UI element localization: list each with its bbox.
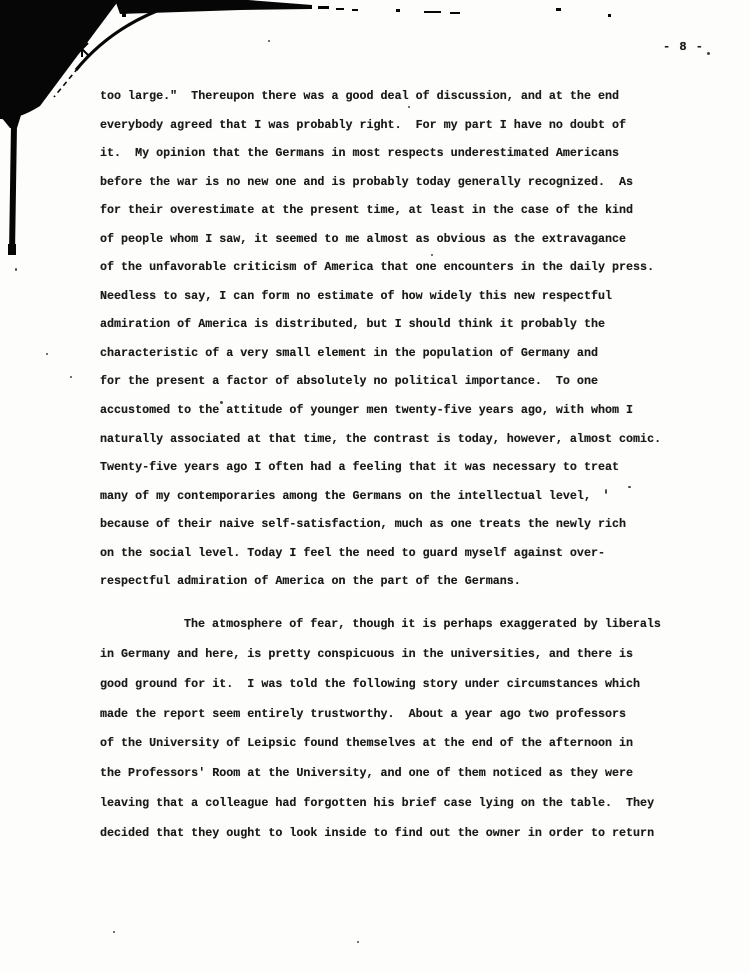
scan-speck	[408, 106, 410, 108]
scan-speck	[220, 401, 223, 404]
text-line: for their overestimate at the present ti…	[100, 196, 700, 225]
text-line: of the unfavorable criticism of America …	[100, 253, 700, 282]
text-line: of people whom I saw, it seemed to me al…	[100, 225, 700, 254]
text-line: everybody agreed that I was probably rig…	[100, 111, 700, 140]
text-line: before the war is no new one and is prob…	[100, 168, 700, 197]
scan-speck	[46, 353, 48, 355]
scan-speck	[357, 941, 359, 943]
text-line: it. My opinion that the Germans in most …	[100, 139, 700, 168]
scan-speck	[113, 931, 115, 933]
scan-speck	[707, 52, 710, 55]
text-line: admiration of America is distributed, bu…	[100, 310, 700, 339]
asterisk-blemish-icon	[76, 41, 88, 57]
text-line: characteristic of a very small element i…	[100, 339, 700, 368]
text-line: accustomed to the attitude of younger me…	[100, 396, 700, 425]
scan-speck	[268, 40, 270, 42]
text-line: respectful admiration of America on the …	[100, 567, 700, 596]
scanned-document-page: - 8 - too large." Thereupon there was a …	[0, 0, 750, 972]
text-line: naturally associated at that time, the c…	[100, 425, 700, 454]
text-line: too large." Thereupon there was a good d…	[100, 82, 700, 111]
text-line: the Professors' Room at the University, …	[100, 759, 700, 789]
text-line: in Germany and here, is pretty conspicuo…	[100, 640, 700, 670]
scan-speck	[628, 486, 631, 488]
paragraph-1: too large." Thereupon there was a good d…	[100, 82, 700, 596]
text-line: on the social level. Today I feel the ne…	[100, 539, 700, 568]
scan-speck	[15, 268, 17, 271]
text-line: decided that they ought to look inside t…	[100, 819, 700, 849]
text-line: many of my contemporaries among the Germ…	[100, 482, 700, 511]
text-line: good ground for it. I was told the follo…	[100, 670, 700, 700]
text-line: made the report seem entirely trustworth…	[100, 700, 700, 730]
scan-speck	[70, 376, 72, 378]
text-line: Twenty-five years ago I often had a feel…	[100, 453, 700, 482]
text-line: Needless to say, I can form no estimate …	[100, 282, 700, 311]
text-line: of the University of Leipsic found thems…	[100, 729, 700, 759]
text-line: leaving that a colleague had forgotten h…	[100, 789, 700, 819]
page-number: - 8 -	[663, 40, 704, 54]
paragraph-2: The atmosphere of fear, though it is per…	[100, 610, 700, 849]
document-body: too large." Thereupon there was a good d…	[100, 82, 700, 849]
text-line: for the present a factor of absolutely n…	[100, 367, 700, 396]
scan-speck	[431, 254, 433, 256]
scan-speck	[605, 489, 607, 494]
text-line: because of their naive self-satisfaction…	[100, 510, 700, 539]
text-line: The atmosphere of fear, though it is per…	[100, 610, 700, 640]
